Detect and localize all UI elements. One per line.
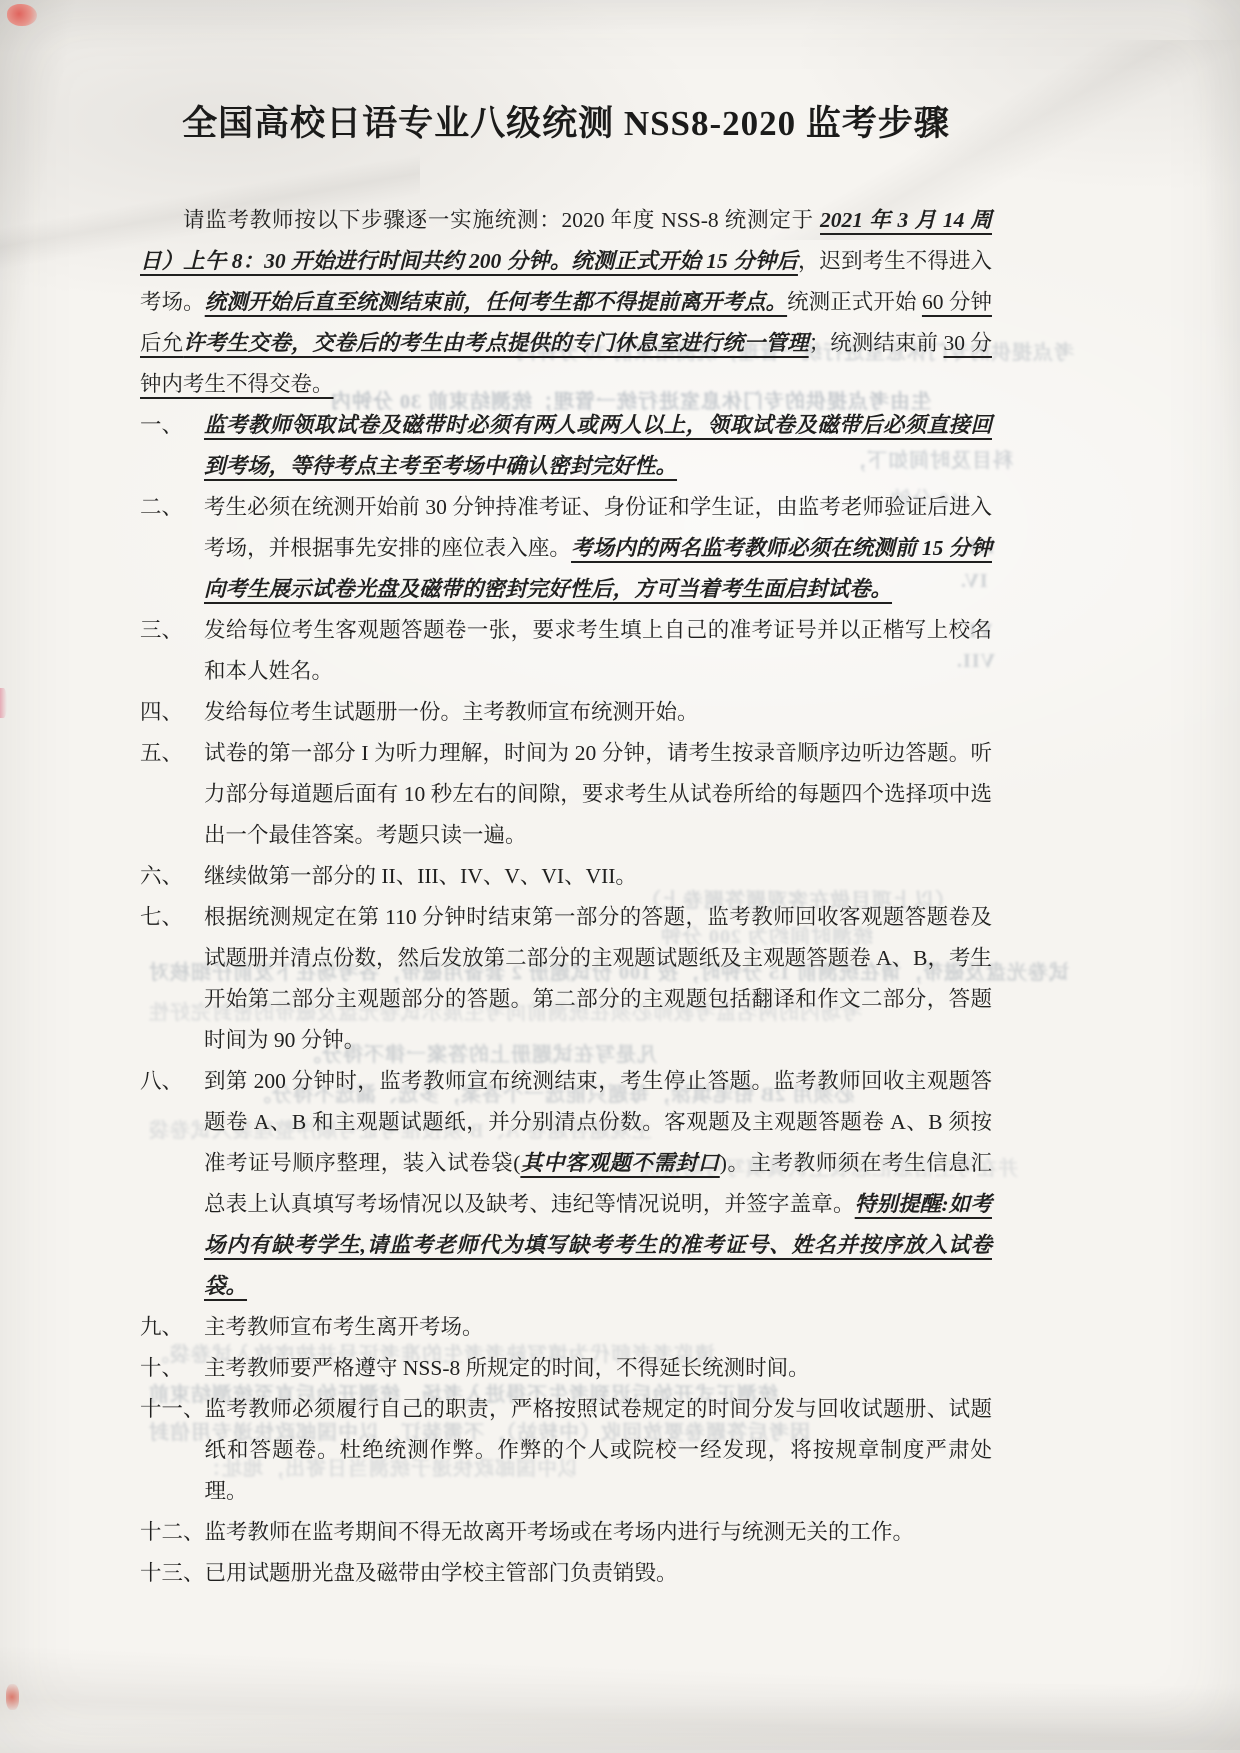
text-segment: 主考教师要严格遵守 NSS-8 所规定的时间，不得延长统测时间。: [204, 1356, 810, 1380]
step-item: 十一、监考教师必须履行自己的职责，严格按照试卷规定的时间分发与回收试题册、试题纸…: [140, 1389, 992, 1512]
step-text: 已用试题册光盘及磁带由学校主管部门负责销毁。: [205, 1553, 992, 1594]
text-segment: 根据统测规定在第 110 分钟时结束第一部分的答题，监考教师回收客观题答题卷及试…: [204, 905, 992, 1052]
step-number: 八、: [140, 1061, 204, 1307]
text-segment: ；统测结束前: [809, 331, 944, 355]
step-number: 五、: [140, 733, 204, 856]
step-item: 十三、已用试题册光盘及磁带由学校主管部门负责销毁。: [140, 1553, 992, 1594]
text-segment: 主考教师宣布考生离开考场。: [204, 1315, 484, 1339]
step-text: 监考教师必须履行自己的职责，严格按照试卷规定的时间分发与回收试题册、试题纸和答题…: [205, 1389, 992, 1512]
text-segment: 继续做第一部分的 II、III、IV、V、VI、VII。: [204, 864, 637, 888]
step-item: 二、考生必须在统测开始前 30 分钟持准考证、身份证和学生证，由监考老师验证后进…: [140, 487, 992, 610]
step-text: 继续做第一部分的 II、III、IV、V、VI、VII。: [204, 856, 992, 897]
text-segment: 统测正式开始: [787, 290, 922, 314]
text-segment: 试卷的第一部分 I 为听力理解，时间为 20 分钟，请考生按录音顺序边听边答题。…: [204, 741, 992, 847]
step-number: 七、: [140, 897, 204, 1061]
text-segment: 已用试题册光盘及磁带由学校主管部门负责销毁。: [205, 1561, 678, 1585]
step-item: 十二、监考教师在监考期间不得无故离开考场或在考场内进行与统测无关的工作。: [140, 1512, 992, 1553]
step-number: 六、: [140, 856, 204, 897]
step-text: 考生必须在统测开始前 30 分钟持准考证、身份证和学生证，由监考老师验证后进入考…: [204, 487, 992, 610]
step-item: 九、主考教师宣布考生离开考场。: [140, 1307, 992, 1348]
step-item: 三、发给每位考生客观题答题卷一张，要求考生填上自己的准考证号并以正楷写上校名和本…: [140, 610, 992, 692]
step-text: 试卷的第一部分 I 为听力理解，时间为 20 分钟，请考生按录音顺序边听边答题。…: [204, 733, 992, 856]
step-number: 四、: [140, 692, 204, 733]
step-item: 七、根据统测规定在第 110 分钟时结束第一部分的答题，监考教师回收客观题答题卷…: [140, 897, 992, 1061]
step-text: 发给每位考生试题册一份。主考教师宣布统测开始。: [204, 692, 992, 733]
step-item: 四、发给每位考生试题册一份。主考教师宣布统测开始。: [140, 692, 992, 733]
step-number: 十二、: [140, 1512, 205, 1553]
step-text: 根据统测规定在第 110 分钟时结束第一部分的答题，监考教师回收客观题答题卷及试…: [204, 897, 992, 1061]
text-segment: 监考教师在监考期间不得无故离开考场或在考场内进行与统测无关的工作。: [205, 1520, 915, 1544]
step-item: 六、继续做第一部分的 II、III、IV、V、VI、VII。: [140, 856, 992, 897]
step-text: 监考教师在监考期间不得无故离开考场或在考场内进行与统测无关的工作。: [205, 1512, 992, 1553]
text-segment: 监考教师必须履行自己的职责，严格按照试卷规定的时间分发与回收试题册、试题纸和答题…: [205, 1397, 992, 1503]
text-segment: 请监考教师按以下步骤逐一实施统测：2020 年度 NSS-8 统测定于: [183, 208, 820, 232]
text-segment: 发给每位考生客观题答题卷一张，要求考生填上自己的准考证号并以正楷写上校名和本人姓…: [204, 618, 992, 683]
text-segment: 其中客观题不需封口: [520, 1151, 719, 1175]
step-text: 主考教师宣布考生离开考场。: [204, 1307, 992, 1348]
text-segment: 监考教师领取试卷及磁带时必须有两人或两人以上，领取试卷及磁带后必须直接回到考场，…: [204, 413, 992, 478]
text-segment: 发给每位考生试题册一份。主考教师宣布统测开始。: [204, 700, 699, 724]
text-segment: 许考生交卷，交卷后的考生由考点提供的专门休息室进行统一管理: [183, 331, 809, 355]
step-text: 监考教师领取试卷及磁带时必须有两人或两人以上，领取试卷及磁带后必须直接回到考场，…: [204, 405, 992, 487]
text-segment: 统测开始后直至统测结束前，任何考生都不得提前离开考点。: [205, 290, 787, 314]
step-item: 十、主考教师要严格遵守 NSS-8 所规定的时间，不得延长统测时间。: [140, 1348, 992, 1389]
step-number: 三、: [140, 610, 204, 692]
step-number: 二、: [140, 487, 204, 610]
step-number: 一、: [140, 405, 204, 487]
step-number: 十三、: [140, 1553, 205, 1594]
scan-artifact-red-top-left: [7, 4, 37, 26]
step-item: 一、监考教师领取试卷及磁带时必须有两人或两人以上，领取试卷及磁带后必须直接回到考…: [140, 405, 992, 487]
page-title: 全国高校日语专业八级统测 NSS8-2020 监考步骤: [140, 96, 992, 146]
step-item: 五、试卷的第一部分 I 为听力理解，时间为 20 分钟，请考生按录音顺序边听边答…: [140, 733, 992, 856]
scanned-document-page: 考点提供的专门休息室进行统一管理；统测结束前 30 分钟内生由考点提供的专门休息…: [0, 0, 1240, 1753]
intro-paragraph: 请监考教师按以下步骤逐一实施统测：2020 年度 NSS-8 统测定于 2021…: [140, 200, 992, 405]
scan-artifact-red-bottom-left: [6, 1684, 19, 1710]
step-number: 十、: [140, 1348, 204, 1389]
step-text: 到第 200 分钟时，监考教师宣布统测结束，考生停止答题。监考教师回收主观题答题…: [204, 1061, 992, 1307]
scan-artifact-red-left-middle: [0, 688, 7, 718]
step-item: 八、到第 200 分钟时，监考教师宣布统测结束，考生停止答题。监考教师回收主观题…: [140, 1061, 992, 1307]
step-text: 发给每位考生客观题答题卷一张，要求考生填上自己的准考证号并以正楷写上校名和本人姓…: [204, 610, 992, 692]
step-number: 十一、: [140, 1389, 205, 1512]
step-number: 九、: [140, 1307, 204, 1348]
steps-list: 一、监考教师领取试卷及磁带时必须有两人或两人以上，领取试卷及磁带后必须直接回到考…: [140, 405, 992, 1594]
step-text: 主考教师要严格遵守 NSS-8 所规定的时间，不得延长统测时间。: [204, 1348, 992, 1389]
document-content: 全国高校日语专业八级统测 NSS8-2020 监考步骤 请监考教师按以下步骤逐一…: [140, 0, 992, 1594]
